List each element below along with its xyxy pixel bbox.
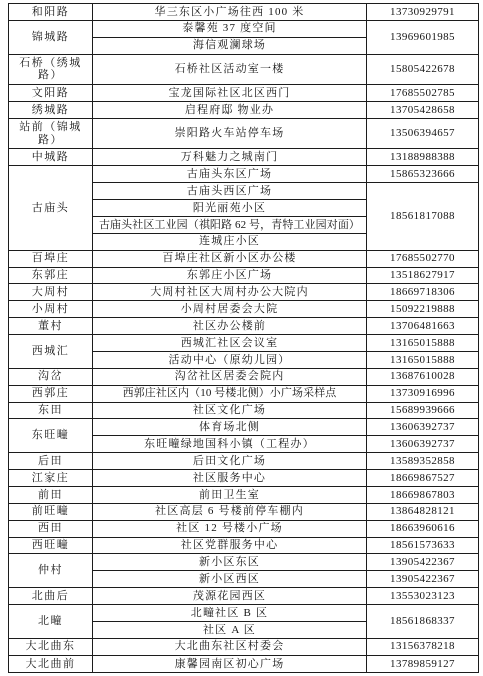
location-cell: 站前（锦城路） (9, 118, 93, 149)
phone-cell: 13969601985 (367, 20, 479, 54)
table-row: 文阳路宝龙国际社区北区西门17685502785 (9, 85, 479, 102)
venue-cell: 万科魅力之城南门 (93, 149, 367, 166)
phone-cell: 13553023123 (367, 588, 479, 605)
phone-cell: 13589352858 (367, 453, 479, 470)
table-row: 东郭庄东郭庄小区广场13518627917 (9, 267, 479, 284)
phone-cell: 13518627917 (367, 267, 479, 284)
location-cell: 西郭庄 (9, 385, 93, 402)
phone-cell: 13730929791 (367, 4, 479, 21)
phone-cell: 18669718306 (367, 284, 479, 301)
table-row: 江家庄社区服务中心18669867527 (9, 470, 479, 487)
location-cell: 前田 (9, 486, 93, 503)
phone-cell: 13789859127 (367, 655, 479, 672)
location-cell: 大北曲东 (9, 638, 93, 655)
phone-cell: 18561868337 (367, 605, 479, 639)
location-cell: 西旺疃 (9, 537, 93, 554)
venue-cell: 海信观澜球场 (93, 37, 367, 54)
table-row: 百埠庄百埠庄社区新小区办公楼17685502770 (9, 250, 479, 267)
table-row: 西田社区 12 号楼小广场18663960616 (9, 520, 479, 537)
venue-cell: 社区服务中心 (93, 470, 367, 487)
document-page: 和阳路华三东区小广场往西 100 米13730929791锦城路泰馨苑 37 度… (0, 0, 483, 676)
phone-cell: 15865323666 (367, 166, 479, 183)
location-cell: 西城汇 (9, 335, 93, 369)
venue-cell: 古庙头东区广场 (93, 166, 367, 183)
table-row: 东田社区文化广场15689939666 (9, 402, 479, 419)
table-row: 石桥（绣城路）石桥社区活动室一楼15805422678 (9, 54, 479, 85)
table-row: 小周村小周村居委会大院15092219888 (9, 301, 479, 318)
table-row: 绣城路启程府邸 物业办13705428658 (9, 102, 479, 119)
venue-cell: 新小区西区 (93, 571, 367, 588)
venue-cell: 大北曲东社区村委会 (93, 638, 367, 655)
phone-cell: 13506394657 (367, 118, 479, 149)
phone-cell: 13165015888 (367, 335, 479, 352)
location-cell: 绣城路 (9, 102, 93, 119)
venue-cell: 活动中心（原幼儿园） (93, 351, 367, 368)
venue-cell: 阳光丽苑小区 (93, 200, 367, 217)
phone-cell: 13156378218 (367, 638, 479, 655)
phone-cell: 18561817088 (367, 183, 479, 251)
location-cell: 后田 (9, 453, 93, 470)
phone-cell: 17685502770 (367, 250, 479, 267)
phone-cell: 13706481663 (367, 318, 479, 335)
table-row: 大周村大周村社区大周村办公大院内18669718306 (9, 284, 479, 301)
location-cell: 东郭庄 (9, 267, 93, 284)
venue-cell: 体育场北侧 (93, 419, 367, 436)
venue-cell: 社区 A 区 (93, 621, 367, 638)
location-cell: 前旺疃 (9, 503, 93, 520)
location-cell: 仲村 (9, 554, 93, 588)
location-cell: 董村 (9, 318, 93, 335)
location-cell: 锦城路 (9, 20, 93, 54)
location-cell: 东田 (9, 402, 93, 419)
venue-cell: 茂源花园西区 (93, 588, 367, 605)
phone-cell: 13905422367 (367, 571, 479, 588)
phone-cell: 13606392737 (367, 436, 479, 453)
table-row: 前田前田卫生室18669867803 (9, 486, 479, 503)
venue-cell: 沟岔社区居委会院内 (93, 368, 367, 385)
table-row: 北疃北疃社区 B 区18561868337 (9, 605, 479, 622)
location-cell: 古庙头 (9, 166, 93, 250)
venue-cell: 百埠庄社区新小区办公楼 (93, 250, 367, 267)
venue-cell: 泰馨苑 37 度空间 (93, 20, 367, 37)
phone-cell: 13165015888 (367, 351, 479, 368)
venue-cell: 宝龙国际社区北区西门 (93, 85, 367, 102)
venue-cell: 大周村社区大周村办公大院内 (93, 284, 367, 301)
venue-cell: 西郭庄社区内（10 号楼北侧）小广场采样点 (93, 385, 367, 402)
venue-cell: 华三东区小广场往西 100 米 (93, 4, 367, 21)
venue-cell: 古庙头西区广场 (93, 183, 367, 200)
venue-cell: 东旺疃绿地国科小镇（工程办） (93, 436, 367, 453)
table-row: 站前（锦城路）崇阳路火车站停车场13506394657 (9, 118, 479, 149)
table-row: 西城汇西城汇社区会议室13165015888 (9, 335, 479, 352)
venue-cell: 前田卫生室 (93, 486, 367, 503)
table-row: 沟岔沟岔社区居委会院内13687610028 (9, 368, 479, 385)
phone-cell: 18669867803 (367, 486, 479, 503)
location-cell: 北疃 (9, 605, 93, 639)
venue-cell: 北疃社区 B 区 (93, 605, 367, 622)
table-row: 大北曲前康馨园南区初心广场13789859127 (9, 655, 479, 672)
sampling-points-table: 和阳路华三东区小广场往西 100 米13730929791锦城路泰馨苑 37 度… (8, 3, 479, 673)
location-cell: 北曲后 (9, 588, 93, 605)
venue-cell: 社区文化广场 (93, 402, 367, 419)
location-cell: 小周村 (9, 301, 93, 318)
table-row: 东旺疃体育场北侧13606392737 (9, 419, 479, 436)
location-cell: 江家庄 (9, 470, 93, 487)
phone-cell: 15805422678 (367, 54, 479, 85)
venue-cell: 小周村居委会大院 (93, 301, 367, 318)
table-row: 董村社区办公楼前13706481663 (9, 318, 479, 335)
venue-cell: 社区党群服务中心 (93, 537, 367, 554)
table-row: 和阳路华三东区小广场往西 100 米13730929791 (9, 4, 479, 21)
table-row: 仲村新小区东区13905422367 (9, 554, 479, 571)
phone-cell: 13606392737 (367, 419, 479, 436)
venue-cell: 社区 12 号楼小广场 (93, 520, 367, 537)
location-cell: 西田 (9, 520, 93, 537)
phone-cell: 17685502785 (367, 85, 479, 102)
location-cell: 大北曲前 (9, 655, 93, 672)
venue-cell: 崇阳路火车站停车场 (93, 118, 367, 149)
phone-cell: 13905422367 (367, 554, 479, 571)
venue-cell: 后田文化广场 (93, 453, 367, 470)
venue-cell: 新小区东区 (93, 554, 367, 571)
table-row: 中城路万科魅力之城南门13188988388 (9, 149, 479, 166)
table-row: 古庙头古庙头东区广场15865323666 (9, 166, 479, 183)
location-cell: 东旺疃 (9, 419, 93, 453)
venue-cell: 连城庄小区 (93, 233, 367, 250)
table-row: 大北曲东大北曲东社区村委会13156378218 (9, 638, 479, 655)
venue-cell: 东郭庄小区广场 (93, 267, 367, 284)
phone-cell: 18561573633 (367, 537, 479, 554)
table-body: 和阳路华三东区小广场往西 100 米13730929791锦城路泰馨苑 37 度… (9, 4, 479, 673)
venue-cell: 古庙头社区工业园（祺阳路 62 号，青特工业园对面） (93, 216, 367, 233)
location-cell: 百埠庄 (9, 250, 93, 267)
location-cell: 沟岔 (9, 368, 93, 385)
phone-cell: 13687610028 (367, 368, 479, 385)
location-cell: 大周村 (9, 284, 93, 301)
phone-cell: 18669867527 (367, 470, 479, 487)
phone-cell: 13864828121 (367, 503, 479, 520)
phone-cell: 18663960616 (367, 520, 479, 537)
location-cell: 和阳路 (9, 4, 93, 21)
phone-cell: 13188988388 (367, 149, 479, 166)
table-row: 北曲后茂源花园西区13553023123 (9, 588, 479, 605)
table-row: 锦城路泰馨苑 37 度空间13969601985 (9, 20, 479, 37)
table-row: 西旺疃社区党群服务中心18561573633 (9, 537, 479, 554)
location-cell: 中城路 (9, 149, 93, 166)
phone-cell: 13730916996 (367, 385, 479, 402)
venue-cell: 启程府邸 物业办 (93, 102, 367, 119)
venue-cell: 社区办公楼前 (93, 318, 367, 335)
venue-cell: 社区高层 6 号楼前停车棚内 (93, 503, 367, 520)
phone-cell: 15092219888 (367, 301, 479, 318)
location-cell: 石桥（绣城路） (9, 54, 93, 85)
table-row: 前旺疃社区高层 6 号楼前停车棚内13864828121 (9, 503, 479, 520)
table-row: 西郭庄西郭庄社区内（10 号楼北侧）小广场采样点13730916996 (9, 385, 479, 402)
location-cell: 文阳路 (9, 85, 93, 102)
venue-cell: 康馨园南区初心广场 (93, 655, 367, 672)
table-row: 后田后田文化广场13589352858 (9, 453, 479, 470)
phone-cell: 15689939666 (367, 402, 479, 419)
venue-cell: 西城汇社区会议室 (93, 335, 367, 352)
phone-cell: 13705428658 (367, 102, 479, 119)
venue-cell: 石桥社区活动室一楼 (93, 54, 367, 85)
